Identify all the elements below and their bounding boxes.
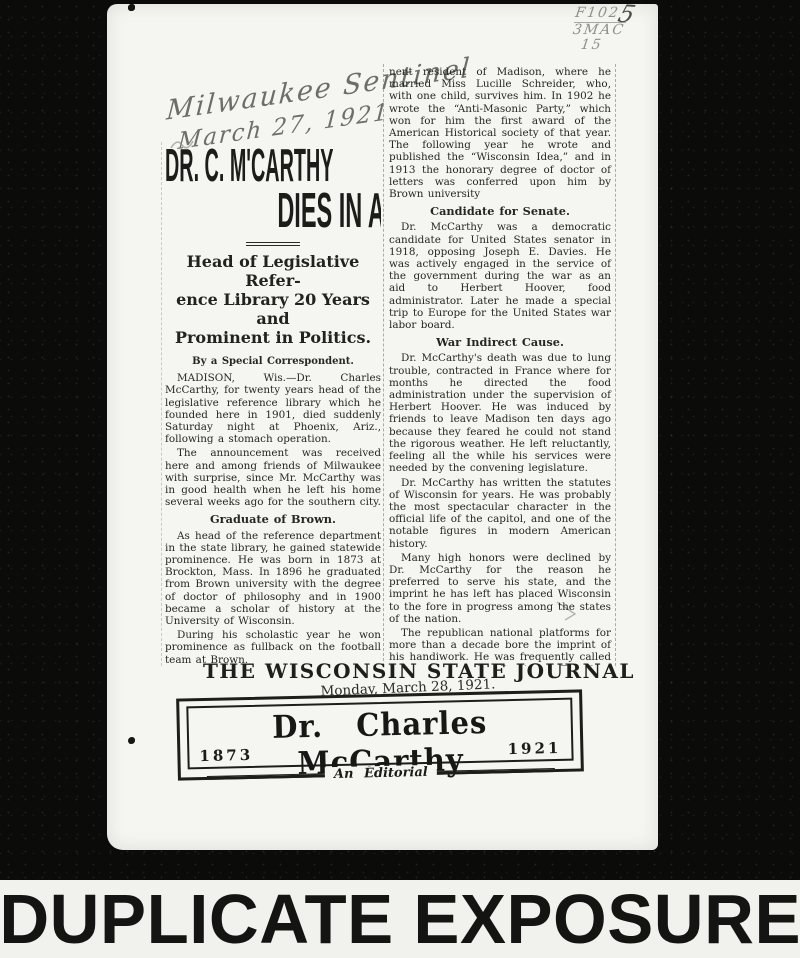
article-body-left: By a Special Correspondent.MADISON, Wis.… [165, 356, 381, 666]
article-block: MADISON, Wis.—Dr. Charles McCarthy, for … [165, 372, 381, 445]
ink-dot [128, 4, 135, 11]
scanned-newspaper-page: F102 3MAC 15 5 Milwaukee Sentinel March … [107, 4, 658, 850]
article-block: By a Special Correspondent. [165, 356, 381, 368]
label-rule-left [207, 773, 325, 780]
label-rule-right [437, 768, 555, 775]
headline-divider [246, 242, 300, 246]
editorial-box: Dr. Charles McCarthy 1873 1921 An Editor… [176, 689, 584, 780]
article-block: nent resident of Madison, where he marri… [389, 66, 611, 200]
article-block: Dr. McCarthy was a democratic candidate … [389, 221, 611, 331]
article-column-left: DR. C. M'CARTHY DIES IN ARIZONA Head of … [161, 142, 381, 666]
article-block: Graduate of Brown. [165, 513, 381, 525]
banner-text: DUPLICATE EXPOSURE [0, 879, 800, 958]
editorial-label: An Editorial [325, 765, 437, 783]
editorial-box-inner-border: Dr. Charles McCarthy 1873 1921 [186, 698, 573, 770]
archive-code-line3: 15 [570, 38, 624, 53]
article-block: Many high honors were declined by Dr. Mc… [389, 552, 611, 625]
article-block: Dr. McCarthy's death was due to lung tro… [389, 352, 611, 474]
article-column-right: nent resident of Madison, where he marri… [383, 64, 616, 666]
duplicate-exposure-banner: DUPLICATE EXPOSURE [0, 880, 800, 958]
headline-line1: DR. C. M'CARTHY [165, 142, 258, 188]
photostat-scan: { "banner": { "text": "DUPLICATE EXPOSUR… [0, 0, 800, 958]
article-block: Dr. McCarthy has written the statutes of… [389, 477, 611, 550]
article-block: As head of the reference department in t… [165, 530, 381, 628]
article-block: Candidate for Senate. [389, 205, 611, 217]
article-block: The announcement was received here and a… [165, 447, 381, 508]
article-body-right: nent resident of Madison, where he marri… [389, 66, 611, 666]
ink-dot [128, 737, 135, 744]
article-block: War Indirect Cause. [389, 336, 611, 348]
article-subhead: Head of Legislative Refer- ence Library … [165, 252, 381, 347]
death-year: 1921 [507, 739, 561, 758]
article-headline: DR. C. M'CARTHY DIES IN ARIZONA [165, 142, 381, 234]
birth-year: 1873 [199, 746, 253, 765]
headline-line2: DIES IN ARIZONA [277, 188, 381, 234]
